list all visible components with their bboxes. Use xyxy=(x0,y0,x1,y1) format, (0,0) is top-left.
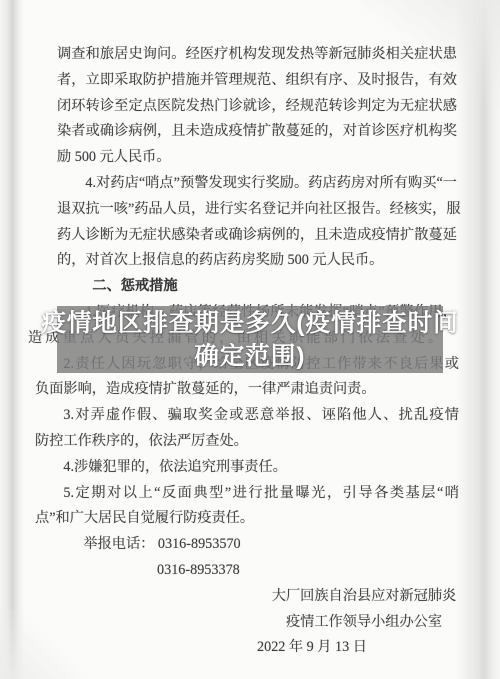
document-line: 2022 年 9 月 13 日 xyxy=(257,635,471,661)
overlay-caption-banner: 疫情地区排查期是多久(疫情排查时间 确定范围) xyxy=(57,306,443,373)
document-line: 退双抗一咳”药品人员，进行实名登记并向社区报告。经核实，服 xyxy=(57,197,457,223)
document-line: 4.对药店“哨点”预警发现实行奖励。药店药房对所有购买“一 xyxy=(57,171,457,197)
document-line: 4.涉嫌犯罪的，依法追究刑事责任。 xyxy=(35,455,459,481)
page-left-edge-shadow xyxy=(0,0,24,679)
document-line: 染者或确诊病例，且未造成疫情扩散蔓延的，对首诊医疗机构奖 xyxy=(57,119,457,145)
report-hotline-2: 0316-8953378 xyxy=(57,558,457,584)
document-line: 举报电话： 0316-8953570 xyxy=(55,532,457,558)
overlay-caption-line1: 疫情地区排查期是多久(疫情排查时间 xyxy=(41,307,458,340)
document-line: 二、惩戒措施 xyxy=(64,274,457,300)
document-line: 闭环转诊至定点医院发热门诊就诊，经规范转诊判定为无症状感 xyxy=(57,94,457,120)
document-line: 者，立即采取防护措施并管理规范、组织有序、及时报告，有效 xyxy=(57,68,457,94)
document-line: 负面影响，造成疫情扩散蔓延的，一律严肃追责问责。 xyxy=(35,377,459,403)
document-line: 的，对首次上报信息的药店药房奖励 500 元人民币。 xyxy=(57,248,457,274)
document-line: 药人诊断为无症状感染者或确诊病例的，且未造成疫情扩散蔓延 xyxy=(57,223,457,249)
document-line: 疫情工作领导小组办公室 xyxy=(257,610,471,636)
document-line: 大厂回族自治县应对新冠肺炎 xyxy=(257,584,471,610)
punish-item-5: 5.定期对以上“反面典型”进行批量曝光，引导各类基层“哨点”和广大居民自觉履行防… xyxy=(35,481,459,533)
report-hotline-1: 举报电话： 0316-8953570 xyxy=(55,532,457,558)
section-heading-punishment: 二、惩戒措施 xyxy=(64,274,457,300)
punish-item-3: 3.对弄虚作假、骗取奖金或恶意举报、诬陷他人、扰乱疫情防控工作秩序的，依法严厉查… xyxy=(35,403,459,455)
document-line: 0316-8953378 xyxy=(57,558,457,584)
document-line: 3.对弄虚作假、骗取奖金或恶意举报、诬陷他人、扰乱疫情 xyxy=(35,403,459,429)
document-line: 防控工作秩序的，依法严厉查处。 xyxy=(35,429,459,455)
document-line: 5.定期对以上“反面典型”进行批量曝光，引导各类基层“哨 xyxy=(35,481,459,507)
reward-item-4: 4.对药店“哨点”预警发现实行奖励。药店药房对所有购买“一退双抗一咳”药品人员，… xyxy=(57,171,457,274)
punish-item-4: 4.涉嫌犯罪的，依法追究刑事责任。 xyxy=(35,455,459,481)
document-line: 点”和广大居民自觉履行防疫责任。 xyxy=(35,506,459,532)
overlay-caption-line2: 确定范围) xyxy=(194,340,305,373)
document-line: 励 500 元人民币。 xyxy=(57,145,457,171)
continued-paragraph-reward-3: 调查和旅居史询问。经医疗机构发现发热等新冠肺炎相关症状患者，立即采取防护措施并管… xyxy=(57,42,457,171)
signature-block: 大厂回族自治县应对新冠肺炎疫情工作领导小组办公室2022 年 9 月 13 日 xyxy=(257,584,471,661)
document-line: 调查和旅居史询问。经医疗机构发现发热等新冠肺炎相关症状患 xyxy=(57,42,457,68)
